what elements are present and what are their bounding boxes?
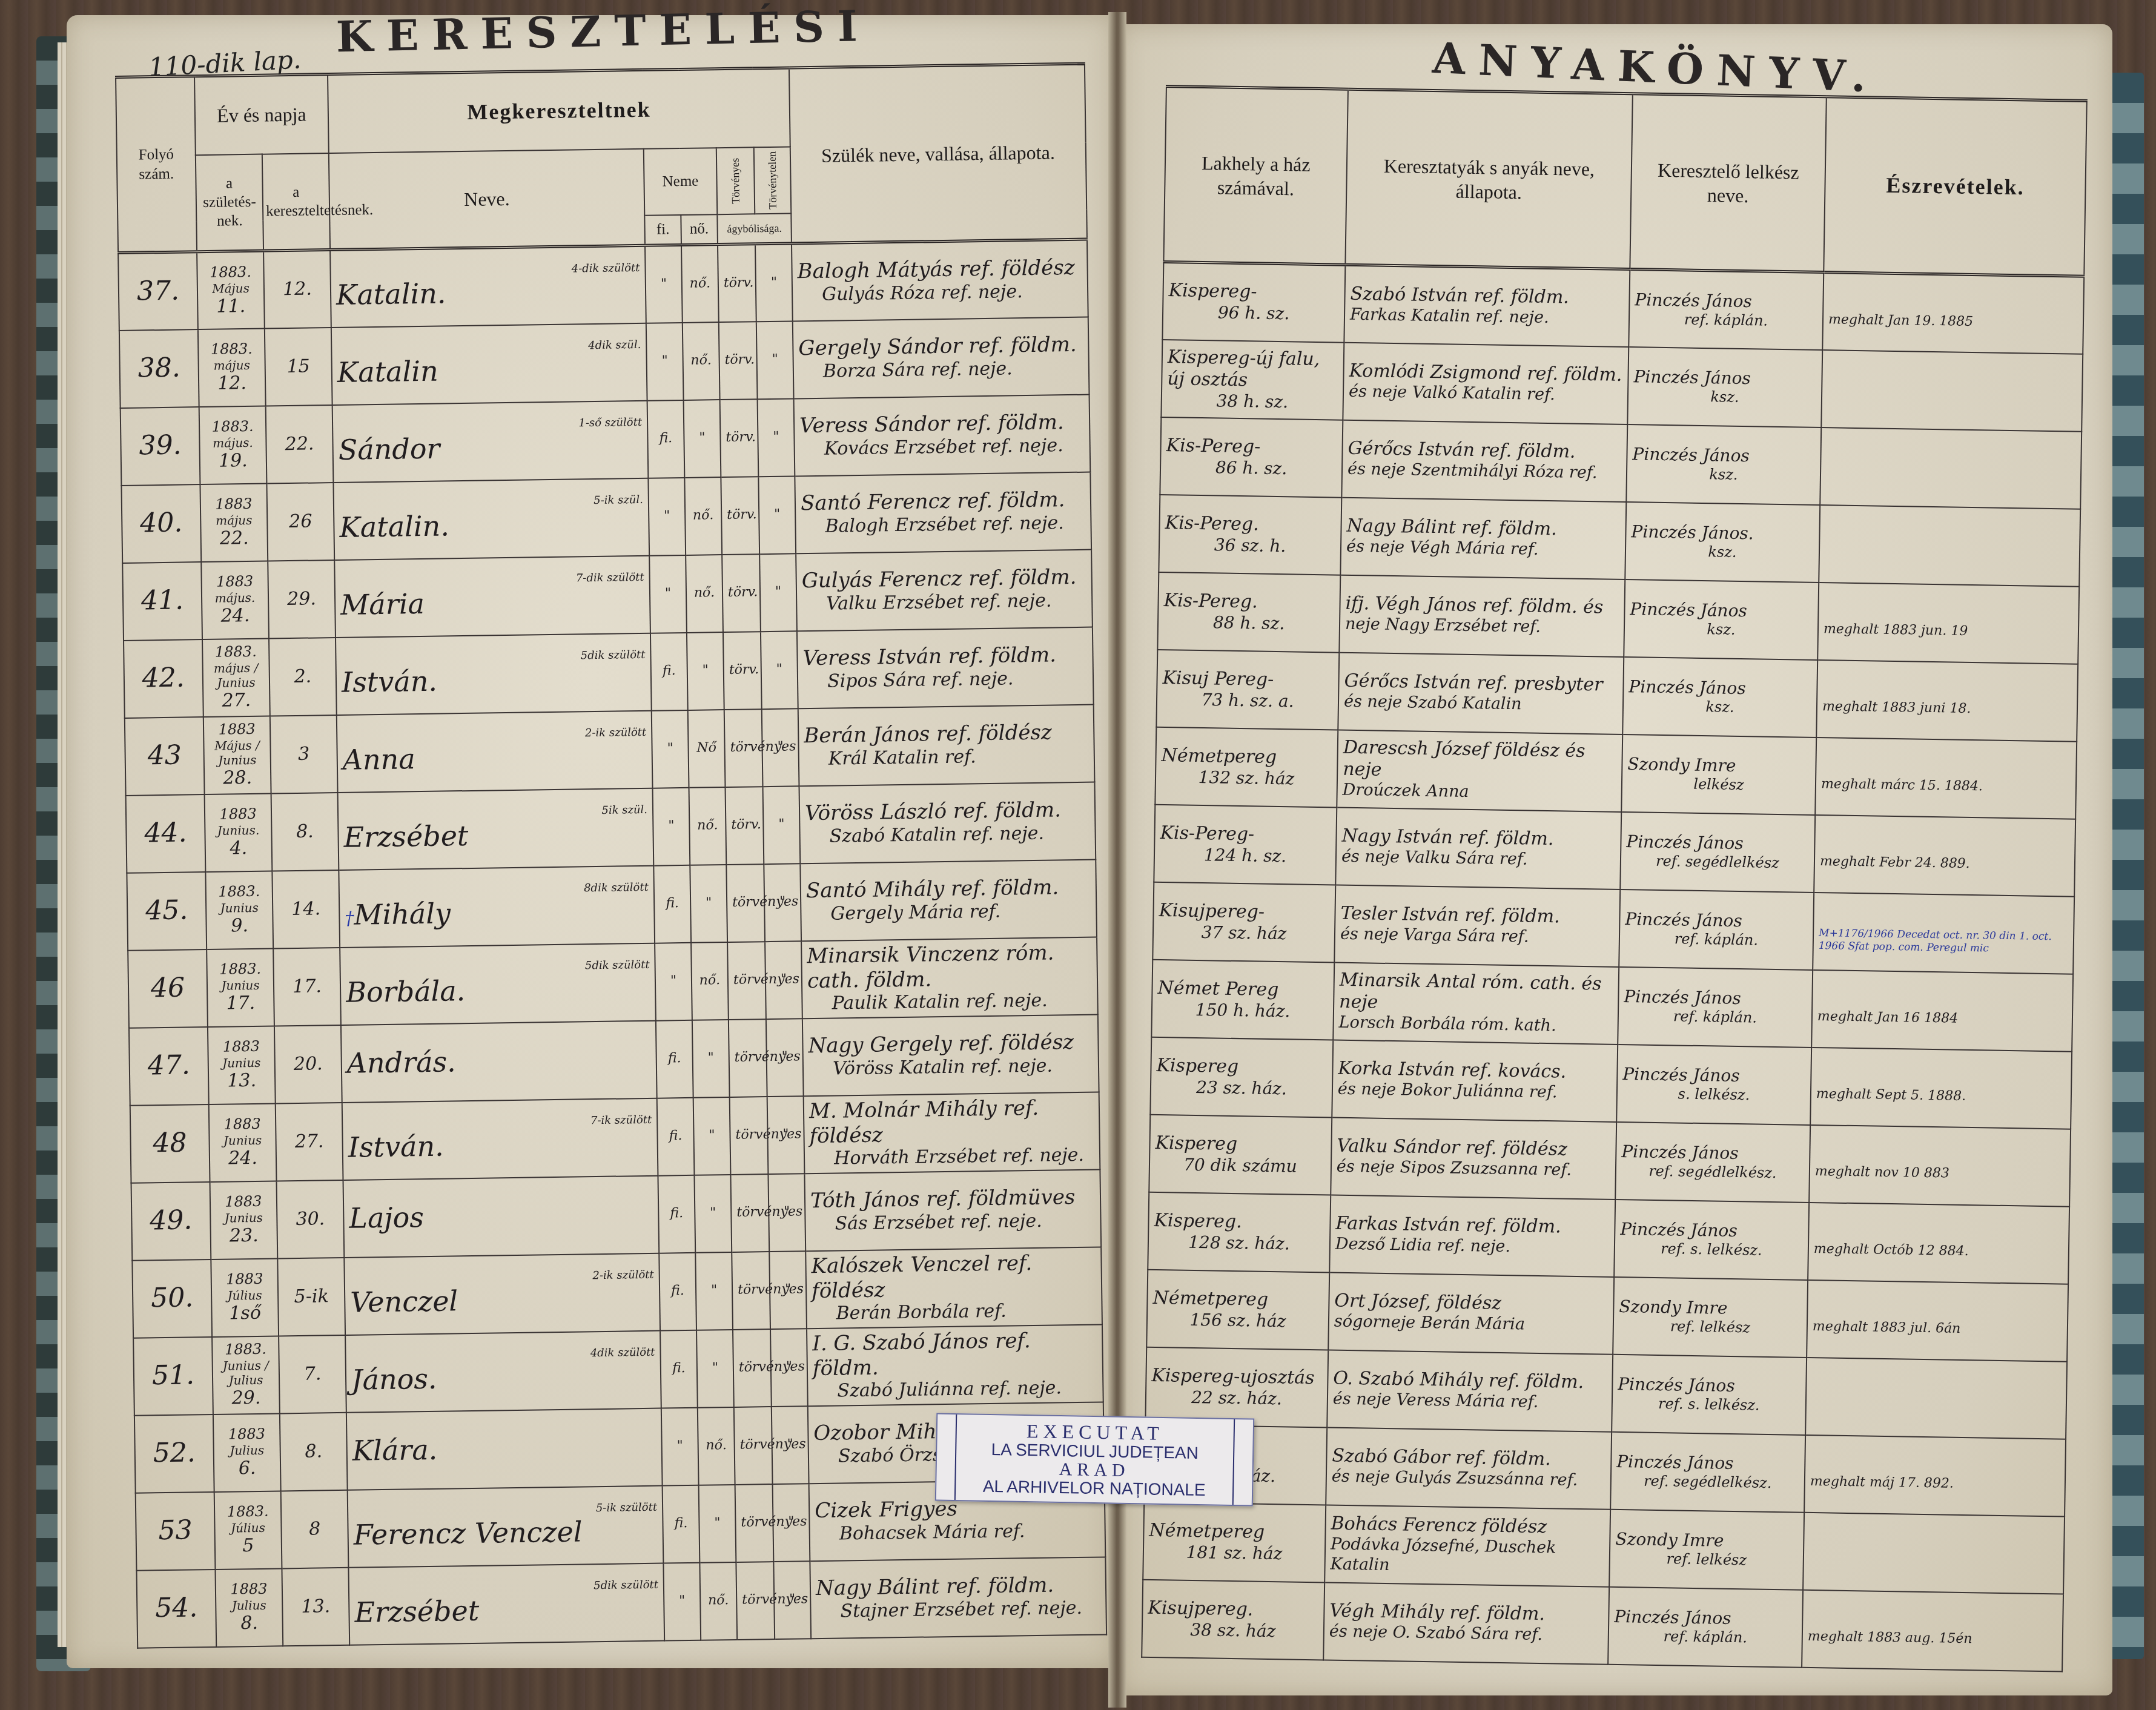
birth-month: május.: [205, 435, 260, 451]
sex-male-text: ": [661, 354, 667, 369]
baptism-day: 26: [273, 510, 328, 533]
pastor-title: ksz.: [1631, 542, 1814, 563]
baptism-date: 8: [281, 1490, 349, 1568]
baptized-name-text: Erzsébet: [354, 1594, 480, 1629]
header-illegitimate: Törvénytelen: [754, 147, 792, 214]
illegitimate-text: ": [782, 1127, 789, 1142]
remark-text: meghalt máj 17. 892.: [1810, 1474, 1954, 1491]
birth-year: 1883: [221, 1580, 277, 1599]
sex-female-text: ": [709, 1128, 715, 1143]
pastor: Pinczés Jánosref. segédlelkész.: [1615, 1121, 1810, 1202]
house-number: 37 sz. ház: [1159, 922, 1329, 945]
pastor-title: lelkész: [1627, 774, 1810, 795]
mother-name: Horváth Erzsébet ref. neje.: [810, 1144, 1094, 1170]
illegitimate: ": [761, 631, 798, 709]
illegitimate-text: ": [774, 507, 780, 522]
sex-male: fi.: [663, 1485, 700, 1563]
illegitimate: ": [758, 398, 795, 477]
serial-number-text: 39.: [139, 430, 182, 461]
record-row-left: 49.1883Junius23.30.Lajosfi."törvényes"Tó…: [131, 1169, 1102, 1260]
residence-place: Kisujpereg.: [1148, 1597, 1319, 1622]
birth-date: 1883május22.: [200, 483, 268, 562]
serial-number: 44.: [126, 794, 206, 873]
serial-number: 47.: [129, 1027, 209, 1106]
sex-male: fi.: [657, 1097, 695, 1175]
mother-name: Balogh Erzsébet ref. neje.: [801, 512, 1085, 538]
record-row-left: 42.1883.május / Junius27.2.5dik szülöttI…: [124, 627, 1094, 718]
serial-number: 52.: [134, 1414, 214, 1493]
illegitimate-text: ": [786, 1359, 792, 1375]
pastor: Pinczés Jánosref. káplán.: [1629, 269, 1824, 350]
godparents: Gérőcs István ref. földm.és neje Szentmi…: [1341, 420, 1627, 501]
record-row-right: Kis-Pereg.88 h. sz.ifj. Végh János ref. …: [1157, 572, 2079, 664]
godparents: Szabó István ref. földm.Farkas Katalin r…: [1344, 265, 1630, 346]
sex-male-text: fi.: [663, 663, 676, 678]
birth-day: 6.: [219, 1457, 275, 1479]
birth-order: 5dik szülött: [341, 649, 645, 666]
pastor-name: Pinczés János: [1625, 909, 1808, 932]
remark: [1819, 505, 2080, 587]
birth-order: 8dik szülött: [345, 881, 649, 899]
mother-name: Valku Erzsébet ref. neje.: [802, 590, 1086, 616]
baptism-day: 12.: [269, 278, 325, 300]
residence-place: Kispereg: [1155, 1132, 1326, 1157]
parents: Santó Ferencz ref. földm.Balogh Erzsébet…: [795, 472, 1091, 553]
mother-name: Sipos Sára ref. neje.: [803, 667, 1088, 693]
illegitimate-text: ": [782, 1049, 788, 1065]
residence-place: Kis-Pereg-: [1166, 435, 1337, 459]
baptism-day: 8.: [277, 820, 332, 843]
header-legitimacy: ágybólisága.: [717, 213, 792, 245]
birth-order: 5ik szül.: [343, 804, 647, 821]
godparent-2: és neje Varga Sára ref.: [1340, 925, 1614, 948]
sex-male: ": [661, 1407, 699, 1485]
header-date-group: Év és napja: [194, 74, 329, 155]
mother-name: Szabó Juliánna ref. neje.: [813, 1377, 1097, 1403]
birth-day: 22.: [206, 527, 262, 550]
pastor-name: Szondy Imre: [1619, 1296, 1802, 1319]
legitimate: törvényes: [734, 1407, 773, 1485]
serial-number-text: 52.: [153, 1437, 196, 1468]
pastor: Pinczés Jánosref. káplán.: [1608, 1586, 1803, 1667]
birth-year: 1883.: [205, 418, 260, 436]
birth-day: 9.: [211, 915, 267, 937]
father-name: Berán János ref. földész: [804, 720, 1089, 748]
parents: Nagy Gergely ref. földészVöröss Katalin …: [802, 1014, 1099, 1096]
pastor-title: ref. segédlelkész.: [1621, 1162, 1804, 1183]
sex-female-text: ": [712, 1361, 718, 1376]
baptism-date: 27.: [276, 1102, 343, 1181]
birth-month: Junius / Julius: [218, 1358, 274, 1387]
serial-number-text: 48: [153, 1127, 187, 1159]
serial-number: 43: [125, 717, 205, 796]
record-row-left: 37.1883.Május11.12.4-dik szülöttKatalin.…: [118, 239, 1088, 330]
legitimate: törvényes: [727, 942, 766, 1020]
pastor-title: ref. s. lelkész.: [1618, 1395, 1801, 1415]
remark: meghalt Jan 16 1884: [1811, 969, 2073, 1051]
serial-number-text: 45.: [145, 895, 188, 926]
godparent-2: és neje Valku Sára ref.: [1341, 847, 1615, 871]
sex-female-text: ": [711, 1283, 717, 1298]
sex-male: ": [653, 787, 690, 865]
birth-month: Julius: [221, 1597, 277, 1613]
record-row-right: Kisuj Pereg-73 h. sz. a.Gérőcs István re…: [1156, 649, 2078, 741]
header-legitimate: Törvényes: [716, 147, 755, 214]
sex-female: nő.: [691, 942, 729, 1020]
remark: meghalt nov 10 883: [1809, 1124, 2071, 1206]
serial-number: 50.: [132, 1259, 212, 1338]
sex-male: ": [649, 555, 687, 633]
mother-name: Szabó Katalin ref. neje.: [805, 822, 1090, 848]
serial-number: 48: [130, 1104, 210, 1183]
godparents: Darescsh József földész és nejeDroúczek …: [1337, 730, 1622, 811]
baptized-name-text: János.: [351, 1362, 437, 1396]
pastor-name: Pinczés János: [1624, 986, 1807, 1009]
baptized-name: 1-ső szülöttSándor: [332, 400, 649, 482]
pastor: Szondy Imrelelkész: [1621, 734, 1816, 814]
parents: Berán János ref. földészKrál Katalin ref…: [798, 704, 1095, 786]
sex-male: fi.: [658, 1175, 695, 1253]
baptized-name-text: István.: [342, 664, 438, 698]
residence-place: Kis-Pereg.: [1163, 590, 1335, 614]
parents: Minarsik Vinczenz róm. cath. földm.Pauli…: [801, 937, 1098, 1018]
godparent-2: Dezső Lidia ref. neje.: [1335, 1235, 1609, 1258]
record-row-left: 41.1883május.24.29.7-dik szülöttMária"nő…: [122, 549, 1093, 640]
godparent-2: és neje Végh Mária ref.: [1346, 537, 1620, 561]
house-number: 23 sz. ház.: [1156, 1077, 1327, 1100]
pastor-title: ref. segédlelkész.: [1616, 1472, 1799, 1493]
birth-date: 1883Junius.4.: [205, 793, 273, 872]
record-row-left: 39.1883.május.19.22.1-ső szülöttSándorfi…: [121, 394, 1091, 485]
baptized-name-text: Sándor: [338, 432, 440, 466]
baptism-date: 5-ik: [277, 1257, 345, 1336]
godparents: O. Szabó Mihály ref. földm.és neje Veres…: [1327, 1350, 1613, 1431]
sex-female: ": [687, 632, 724, 710]
sex-male: fi.: [653, 865, 691, 943]
house-number: 73 h. sz. a.: [1162, 689, 1333, 712]
birth-month: május: [206, 513, 262, 528]
birth-order: 4dik szülött: [351, 1346, 655, 1364]
birth-year: 1883: [207, 573, 262, 591]
sex-female: Nő: [688, 710, 726, 788]
pastor-title: ref. káplán.: [1625, 929, 1808, 950]
sex-male-text: ": [668, 819, 674, 834]
sex-male: fi.: [656, 1020, 693, 1098]
baptized-name-text: Katalin.: [339, 509, 449, 544]
residence: Kisujpereg-37 sz. ház: [1152, 882, 1335, 962]
remark-text: meghalt Jan 19. 1885: [1828, 312, 1974, 329]
birth-order: 5dik szülött: [345, 959, 649, 976]
record-row-right: Kispereg-96 h. sz.Szabó István ref. föld…: [1162, 262, 2084, 354]
house-number: 124 h. sz.: [1160, 844, 1331, 867]
legitimate: törvényes: [724, 709, 763, 787]
sex-female-text: ": [708, 1051, 714, 1066]
godparent-1: Darescsh József földész és neje: [1343, 737, 1617, 785]
father-name: Gergely Sándor ref. földm.: [798, 332, 1083, 361]
father-name: M. Molnár Mihály ref. földész: [809, 1095, 1094, 1148]
parents: Santó Mihály ref. földm.Gergely Mária re…: [800, 859, 1097, 941]
birth-order: 4-dik szülött: [336, 262, 640, 279]
pastor-name: Pinczés János: [1618, 1374, 1801, 1397]
remark: meghalt 1883 juni 18.: [1816, 660, 2078, 742]
remark-text: meghalt Octób 12 884.: [1814, 1241, 1969, 1259]
birth-date: 1883Julius8.: [215, 1568, 283, 1647]
record-row-right: Németpereg181 sz. házBohács Ferencz föld…: [1143, 1502, 2065, 1594]
illegitimate-text: ": [771, 275, 777, 290]
record-row-right: Kispereg23 sz. ház.Korka István ref. kov…: [1150, 1037, 2072, 1129]
baptism-day: 7.: [285, 1363, 340, 1385]
birth-day: 28.: [210, 767, 265, 790]
residence: Kis-Pereg.36 sz. h.: [1159, 494, 1341, 575]
residence-place: Német Pereg: [1157, 977, 1329, 1002]
pastor-name: Pinczés János: [1616, 1451, 1799, 1474]
parents: Gulyás Ferencz ref. földm.Valku Erzsébet…: [796, 549, 1093, 631]
sex-female-text: ": [703, 663, 709, 678]
birth-day: 17.: [213, 992, 268, 1015]
baptized-name-text: Lajos: [349, 1201, 424, 1235]
pastor-name: Pinczés János: [1614, 1606, 1797, 1629]
pastor: Szondy Imreref. lelkész: [1613, 1276, 1808, 1357]
birth-year: 1883.: [211, 883, 267, 901]
header-baptized-group: Megkereszteltnek: [328, 68, 790, 153]
baptism-date: 8.: [280, 1412, 348, 1491]
baptized-name: 4dik szülöttJános.: [345, 1330, 661, 1412]
house-number: 150 h. ház.: [1157, 999, 1328, 1022]
header-pastor: Keresztelő lelkész neve.: [1630, 94, 1827, 272]
illegitimate-text: ": [781, 972, 787, 987]
birth-year: 1883.: [202, 263, 258, 282]
remark: meghalt Jan 19. 1885: [1822, 272, 2084, 354]
parents: Vöröss László ref. földm.Szabó Katalin r…: [799, 782, 1096, 863]
baptized-name: 5dik szülöttBorbála.: [340, 943, 656, 1025]
baptized-name: 8dik szülött†Mihály: [339, 865, 655, 947]
record-row-left: 40.1883május22.265-ik szül.Katalin."nő.t…: [121, 472, 1091, 563]
illegitimate-text: ": [772, 352, 778, 367]
serial-number-text: 47.: [147, 1050, 190, 1081]
residence: Kis-Pereg-124 h. sz.: [1154, 804, 1337, 885]
godparent-2: és neje Veress Mária ref.: [1333, 1390, 1607, 1413]
parents: M. Molnár Mihály ref. földészHorváth Erz…: [804, 1092, 1100, 1174]
legitimate: törv.: [721, 477, 759, 555]
header-residence: Lakhely a ház számával.: [1163, 87, 1348, 265]
mother-name: Bohacsek Mária ref.: [815, 1519, 1100, 1545]
illegitimate-text: ": [779, 894, 785, 909]
baptized-name: 2-ik szülöttAnna: [337, 710, 653, 792]
godparent-2: sógorneje Berán Mária: [1334, 1312, 1608, 1336]
header-remarks: Észrevételek.: [1824, 97, 2087, 277]
birth-order: 5dik szülött: [354, 1579, 658, 1596]
pastor-title: ref. káplán.: [1614, 1627, 1797, 1648]
legitimate-text: törvényes: [742, 1592, 808, 1608]
baptism-day: 14.: [278, 898, 334, 920]
godparents: Ort József, földészsógorneje Berán Mária: [1328, 1272, 1614, 1354]
pastor: Pinczés Jánosref. káplán.: [1618, 966, 1813, 1047]
mother-name: Paulik Katalin ref. neje.: [807, 989, 1092, 1015]
birth-date: 1883.május / Junius27.: [202, 638, 270, 717]
serial-number: 54.: [136, 1569, 216, 1648]
illegitimate-text: ": [788, 1514, 794, 1530]
birth-day: 27.: [208, 690, 264, 712]
birth-year: 1883: [216, 1193, 271, 1211]
sex-female: nő.: [689, 787, 727, 865]
parents: Gergely Sándor ref. földm.Borza Sára ref…: [793, 317, 1090, 398]
parents: Tóth János ref. földmüvesSás Erzsébet re…: [804, 1169, 1101, 1251]
birth-month: május: [204, 358, 260, 373]
birth-order: 7-ik szülött: [348, 1114, 652, 1131]
serial-number-text: 41.: [141, 585, 184, 616]
sex-female-text: nő.: [697, 818, 718, 833]
legitimate: törv.: [722, 554, 761, 632]
birth-date: 1883.Május11.: [197, 251, 265, 329]
baptized-name: 5dik szülöttErzsébet: [348, 1563, 664, 1645]
serial-number: 41.: [122, 562, 202, 641]
parents: Kalószek Venczel ref. földészBerán Borbá…: [805, 1247, 1102, 1329]
sex-male: ": [648, 477, 686, 555]
sex-female-text: Nő: [696, 741, 716, 756]
sex-female: ": [693, 1097, 731, 1175]
legitimate-text: törvényes: [735, 1127, 801, 1143]
sex-male: ": [652, 710, 689, 788]
pastor: Pinczés Jánosksz.: [1624, 579, 1819, 660]
birth-date: 1883Julius6.: [213, 1413, 281, 1492]
house-number: 36 sz. h.: [1165, 534, 1335, 557]
birth-month: Junius: [214, 1055, 269, 1070]
baptism-day: 27.: [281, 1131, 337, 1153]
illegitimate-text: ": [778, 817, 784, 832]
birth-date: 1883.Junius17.: [207, 948, 274, 1027]
serial-number-text: 49.: [150, 1205, 193, 1236]
legitimate: törv.: [723, 632, 762, 710]
serial-number: 49.: [131, 1181, 211, 1260]
pastor-name: Pinczés János: [1626, 831, 1809, 854]
birth-day: 12.: [204, 372, 260, 395]
legitimate-text: törv.: [726, 430, 756, 446]
baptism-date: 29.: [268, 560, 336, 639]
legitimate-text: törvényes: [741, 1514, 807, 1531]
remark-text: meghalt Sept 5. 1888.: [1816, 1086, 1966, 1104]
sex-male: fi.: [650, 632, 688, 710]
legitimate: törvényes: [733, 1329, 772, 1407]
birth-order: 2-ik szülött: [342, 726, 646, 744]
godparents: Valku Sándor ref. földészés neje Sipos Z…: [1331, 1117, 1616, 1199]
birth-year: 1883.: [217, 1341, 273, 1359]
pastor-name: Pinczés János: [1630, 599, 1813, 622]
illegitimate-text: ": [773, 429, 779, 444]
residence-place: Kispereg-: [1168, 280, 1340, 305]
pastor-title: ksz.: [1629, 697, 1811, 718]
header-name: Neve.: [329, 148, 645, 249]
legitimate-text: törvényes: [736, 1204, 802, 1221]
father-name: Tóth János ref. földmüves: [810, 1185, 1096, 1213]
mother-name: Berán Borbála ref.: [812, 1299, 1096, 1325]
record-row-left: 431883Május / Junius28.32-ik szülöttAnna…: [125, 704, 1095, 795]
pastor-name: Pinczés János: [1632, 444, 1815, 467]
record-row-left: 38.1883.május12.154dik szül.Katalin"nő.t…: [119, 317, 1090, 408]
sex-male: fi.: [660, 1330, 698, 1408]
legitimate-text: törvényes: [730, 739, 796, 756]
godparent-2: és neje O. Szabó Sára ref.: [1329, 1622, 1603, 1646]
residence-place: Kisujpereg-: [1159, 900, 1330, 924]
residence-place: Kispereg: [1156, 1055, 1328, 1079]
serial-number-text: 46: [151, 972, 185, 1004]
birth-day: 4.: [211, 837, 266, 860]
birth-date: 1883május.24.: [201, 561, 269, 639]
remark: meghalt Octób 12 884.: [1808, 1202, 2069, 1284]
baptized-name-text: Anna: [342, 742, 415, 776]
legitimate-text: törvényes: [735, 1049, 801, 1066]
birth-day: 29.: [218, 1387, 274, 1409]
baptism-day: 30.: [282, 1208, 338, 1230]
baptism-day: 8: [286, 1517, 342, 1540]
record-row-right: Német Pereg150 h. ház.Minarsik Antal róm…: [1151, 959, 2073, 1051]
godparents: Tesler István ref. földm.és neje Varga S…: [1334, 885, 1620, 966]
pastor-title: s. lelkész.: [1622, 1084, 1805, 1105]
birth-day: 24.: [207, 605, 263, 627]
godparent-1: Minarsik Antal róm. cath. és neje: [1339, 969, 1613, 1017]
pastor-name: Pinczés János: [1621, 1141, 1804, 1164]
father-name: Balogh Mátyás ref. földész: [797, 256, 1082, 284]
illegitimate: ": [758, 476, 796, 554]
record-row-right: Kispereg-új falu, új osztás38 h. sz.Koml…: [1161, 339, 2083, 431]
mother-name: Kovács Erzsébet ref. neje.: [800, 435, 1085, 461]
godparents: Nagy István ref. földm.és neje Valku Sár…: [1335, 807, 1621, 889]
serial-number: 37.: [118, 252, 198, 331]
illegitimate: ": [755, 243, 793, 322]
illegitimate-text: ": [785, 1282, 791, 1297]
baptism-date: 15: [265, 328, 332, 406]
register-table-right: Lakhely a ház számával. Keresztatyák s a…: [1141, 85, 2088, 1672]
baptized-name-text: Mária: [340, 587, 425, 621]
pastor-title: ref. káplán.: [1635, 310, 1817, 331]
birth-date: 1883Május / Junius28.: [203, 716, 271, 794]
baptized-name-text: Venczel: [350, 1284, 458, 1318]
residence-place: Németpereg: [1152, 1287, 1324, 1312]
sex-female: ": [690, 865, 727, 943]
residence: Kispereg70 dik számu: [1149, 1114, 1332, 1195]
birth-year: 1883: [219, 1425, 274, 1444]
sex-male: ": [655, 942, 692, 1020]
sex-male-text: ": [676, 1438, 683, 1453]
pastor-title: ref. segédlelkész: [1626, 852, 1809, 873]
house-number: 86 h. sz.: [1166, 457, 1337, 480]
pastor-title: ref. s. lelkész.: [1620, 1240, 1803, 1260]
father-name: Nagy Gergely ref. földész: [808, 1030, 1093, 1058]
birth-order: 5-ik szül.: [339, 494, 643, 511]
pastor-name: Pinczés János: [1629, 676, 1811, 699]
illegitimate: ": [756, 321, 794, 399]
mother-name: Gergely Mária ref.: [806, 900, 1091, 926]
header-male: fi.: [644, 214, 681, 245]
father-name: Kalószek Venczel ref. földész: [811, 1250, 1096, 1303]
record-row-left: 481883Junius24.27.7-ik szülöttIstván.fi.…: [130, 1092, 1100, 1183]
pastor: Pinczés Jánoss. lelkész.: [1616, 1044, 1811, 1124]
residence-place: Németpereg: [1161, 745, 1332, 769]
serial-number-text: 51.: [152, 1359, 195, 1391]
father-name: Santó Ferencz ref. földm.: [801, 487, 1086, 516]
birth-year: 1883: [214, 1115, 270, 1134]
illegitimate: ": [759, 553, 797, 632]
mother-name: Borza Sára ref. neje.: [799, 357, 1083, 383]
pastor-title: ksz.: [1630, 619, 1813, 640]
house-number: 128 sz. ház.: [1154, 1232, 1324, 1255]
illegitimate-text: ": [776, 662, 782, 677]
record-row-left: 45.1883.Junius9.14.8dik szülött†Mihályfi…: [127, 859, 1097, 950]
remark: meghalt 1883 aug. 15én: [1802, 1590, 2063, 1671]
serial-number-text: 40.: [140, 507, 183, 539]
residence-place: Kispereg.: [1154, 1210, 1325, 1234]
baptized-name: Lajos: [343, 1175, 659, 1257]
serial-number: 46: [128, 949, 208, 1028]
